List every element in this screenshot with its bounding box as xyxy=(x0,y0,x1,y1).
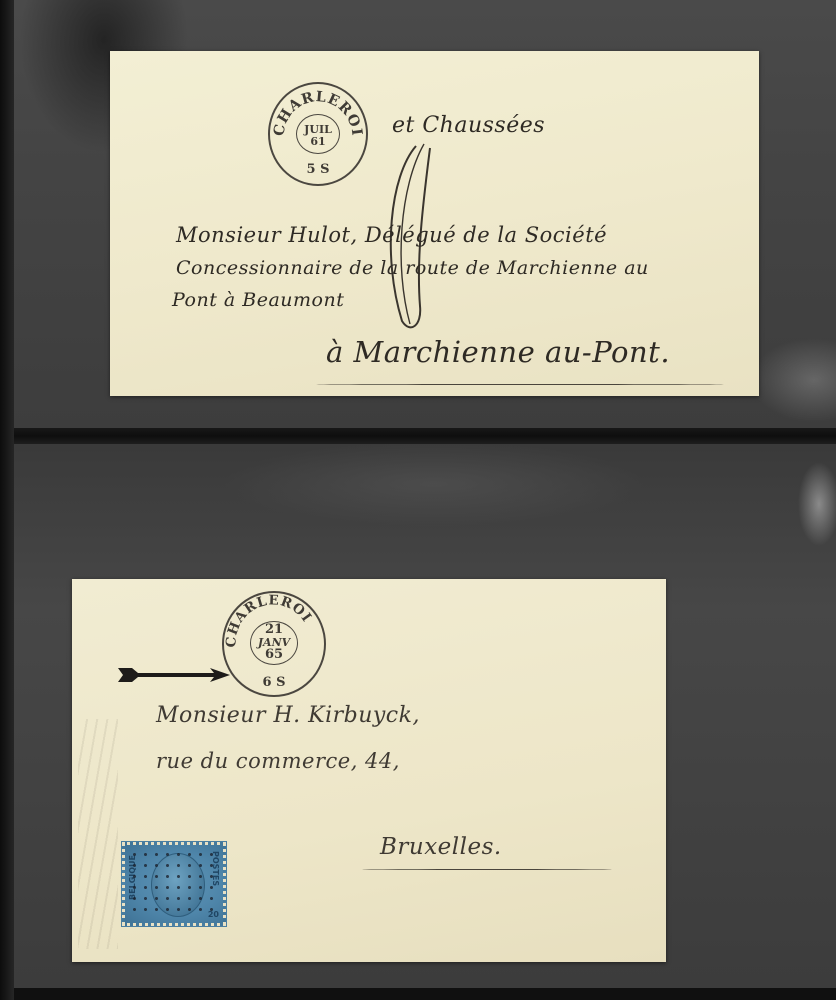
stamp-cancellation xyxy=(129,849,219,919)
folded-letter-top: CHARLEROI JUIL 61 5 S et Chaussées Monsi… xyxy=(110,51,759,396)
address-line-2: Monsieur Hulot, Délégué de la Société xyxy=(176,223,607,247)
postmark-month: JUIL xyxy=(270,124,366,136)
postmark-day: 21 xyxy=(224,623,324,637)
album-spine xyxy=(0,0,14,1000)
postmark-date: JUIL 61 xyxy=(270,124,366,147)
postmark-hour: 6 S xyxy=(224,675,324,690)
postmark-date: 21 JANV 65 xyxy=(224,623,324,662)
address-line-destination: à Marchienne au-Pont. xyxy=(326,335,670,369)
address-line-3: Concessionnaire de la route de Marchienn… xyxy=(176,257,649,279)
charleroi-postmark-top: CHARLEROI JUIL 61 5 S xyxy=(268,82,368,186)
postage-stamp: BELGIQUE POSTES 20 xyxy=(122,842,226,926)
charleroi-postmark-bottom: CHARLEROI 21 JANV 65 6 S xyxy=(222,591,326,697)
address-line-city: Bruxelles. xyxy=(380,834,502,860)
address-underline xyxy=(362,869,612,870)
postmark-hour: 5 S xyxy=(270,162,366,177)
sleeve-divider-strip xyxy=(14,428,836,444)
address-line-1: Monsieur H. Kirbuyck, xyxy=(156,703,420,728)
address-underline xyxy=(315,384,725,385)
pointer-arrow-icon xyxy=(118,665,230,685)
sleeve-bottom-strip xyxy=(14,988,836,1000)
address-line-2: rue du commerce, 44, xyxy=(156,749,400,773)
address-line-4: Pont à Beaumont xyxy=(172,289,344,311)
faded-ink-traces xyxy=(78,719,118,949)
postmark-year: 65 xyxy=(224,648,324,662)
address-line-1: et Chaussées xyxy=(392,113,545,138)
postmark-year: 61 xyxy=(270,136,366,148)
